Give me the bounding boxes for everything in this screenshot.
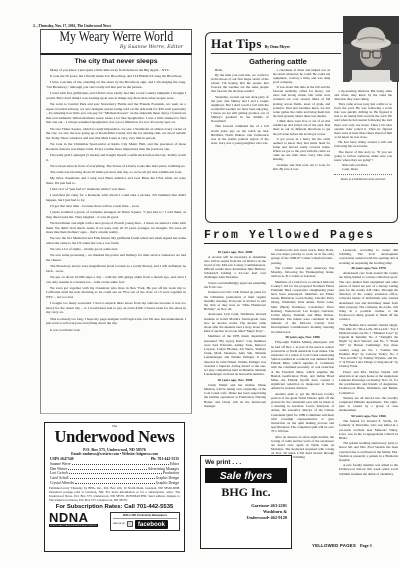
- ndna-logo: NDNA NORTH DAKOTA NEWSPAPER ASSOCIATION: [49, 512, 98, 527]
- paragraph: Members of a task force to advance McLea…: [271, 280, 334, 334]
- weary-werre-world-masthead: My Weary Werre World By Suanne Werre, Ed…: [40, 29, 192, 55]
- paragraph: Livestock, according to owner Jim Schill…: [339, 248, 398, 265]
- dotted-leader: [70, 478, 155, 479]
- paragraph: I think there were five or six of us tha…: [273, 119, 331, 135]
- yellowed-pages-col-1: 10 years ago, Nov. 2006A recount will be…: [204, 248, 266, 452]
- decade-heading: 10 years ago, Nov. 2006: [204, 250, 266, 254]
- paragraph: Pastor and Mrs. Marlyn Snyder will enter…: [339, 370, 398, 395]
- yellowed-pages-col-3: Livestock, according to owner Jim Schill…: [339, 248, 398, 540]
- paragraph: Grandpa and Dad rode out to look for him…: [273, 163, 331, 171]
- facebook-promo-box: BHG is ND Community Newspapers Like us o…: [110, 512, 180, 531]
- phone-number: Ph: 701-442-5535: [151, 457, 179, 461]
- paragraph: The Beatles have another charted single.…: [339, 323, 398, 369]
- paragraph: We had dinner one night with a nice grou…: [46, 221, 186, 235]
- paragraph: Another push to get the McLean County po…: [271, 392, 334, 434]
- paragraph: The Broadway shows were magnificent (Jos…: [46, 264, 186, 273]
- paragraph: We took in the Christmas Spectacular at …: [46, 142, 186, 151]
- paragraph: Auctioneer Lyle Laud, Washburn, showed s…: [204, 312, 266, 333]
- bhg-note: BHG is ND Community Newspapers: [113, 514, 177, 519]
- ad-intro: We print . . .: [205, 459, 287, 466]
- decade-heading: 40 years ago, Nov. 1976: [339, 266, 398, 270]
- paragraph: We took pictures in front of everything.…: [46, 164, 186, 169]
- paragraph: The moral of this story is, "If you are …: [334, 150, 392, 162]
- paragraph: They came across Gary just a mile or so …: [334, 102, 392, 139]
- folio-line: 2—Thursday, Nov. 17, 2016, The Underwood…: [33, 24, 111, 28]
- decade-heading: 30 years ago, Nov. 1986: [271, 335, 334, 339]
- hat-tips-headline: Gathering cattle: [219, 57, 337, 66]
- paragraph: Underwood Civic Club firmed up plans for…: [204, 290, 266, 311]
- jump-label: YELLOWED PAGES: [312, 543, 356, 548]
- paragraph: The funeral for Donald E. Wolfe, 19, for…: [339, 419, 398, 440]
- staff-row: Crystal AlbrechtGraphic Design: [50, 481, 179, 486]
- paragraph: Fifty-eight Falkirk Mining employees wil…: [271, 340, 334, 390]
- staff-role: Graphic Design: [156, 481, 179, 486]
- article-headline: The city that never sleeps: [46, 58, 186, 65]
- paragraph: Later, Dean: [334, 167, 392, 171]
- paragraph: The Comets' season gets underway this Mo…: [271, 266, 334, 279]
- continued-on-page-line: YELLOWED PAGES Page 3: [312, 543, 392, 548]
- facebook-logo: facebook: [135, 520, 168, 529]
- column-title: My Weary Werre World: [41, 30, 191, 45]
- paragraph: Hello,: [211, 68, 269, 72]
- decade-heading: 20 years ago, Nov. 1996: [204, 378, 266, 382]
- column-title-text: My Weary Werre World: [59, 30, 173, 45]
- hat-tips-header: Hat Tips By Dean Meyer: [211, 36, 341, 54]
- hat-tips-body: Hello,By the time you read this, we coul…: [211, 68, 392, 224]
- paragraph: A new faculty member was added to the Un…: [339, 463, 398, 476]
- hat-tips-title: Hat Tips: [211, 36, 262, 52]
- paragraph: This is already too long. I hope my page…: [46, 317, 186, 326]
- paragraph: The wind was blowing about 20 miles per …: [46, 170, 186, 175]
- usps-phone-row: USPS #647540 Ph: 701-442-5535: [50, 457, 179, 461]
- ad-product-banner: Sale flyers: [205, 468, 287, 483]
- paragraph: Cindy Weiler and her mother, Diane Madse…: [204, 383, 266, 408]
- paragraph: Underwood's new head coach, Mary Bolte, …: [271, 248, 334, 265]
- paragraph: My three classmates and I sang God Bless…: [46, 176, 186, 185]
- ad-contacts: Garrison• 463-2201Washburn &Underwood• 4…: [205, 503, 287, 522]
- facebook-row: Like us on facebook: [113, 520, 177, 529]
- paragraph: We even got together with my classmate w…: [46, 286, 186, 300]
- paragraph: We saw the 911 Memorial and Ellis Island…: [46, 236, 186, 245]
- paragraph: Yesterday, we had our last deck party of…: [211, 95, 269, 124]
- logo-row: NDNA NORTH DAKOTA NEWSPAPER ASSOCIATION …: [49, 512, 180, 531]
- hat-tips-col-1: Hello,By the time you read this, we coul…: [211, 68, 269, 224]
- hat-tips-col-2: a classmate of mine and helped out on th…: [273, 68, 331, 224]
- columnist-photo: [343, 16, 399, 82]
- paragraph: Many of you know I just spent a little t…: [46, 68, 186, 73]
- paragraph: He had been riding around a hill and fol…: [334, 140, 392, 148]
- paragraph: It got worse in a hurry but the cattle s…: [273, 137, 331, 162]
- newspaper-page: 2—Thursday, Nov. 17, 2016, The Underwood…: [0, 0, 400, 567]
- paragraph: I have a picture of me, standing on the …: [46, 80, 186, 89]
- paragraph: The golden wedding anniversary party to …: [339, 441, 398, 462]
- paragraph: I'm really glad I splurged (5 bucks) and…: [46, 153, 186, 162]
- like-icon: [127, 521, 133, 527]
- paragraph: We saw a lot of sights – mostly good, so…: [46, 247, 186, 252]
- columnist-note: Dean is a Dickinson area rancher: [334, 174, 392, 181]
- paragraph: It took me 50 years, but I finally made …: [46, 74, 186, 79]
- ndna-wordmark: NDNA: [49, 512, 98, 524]
- paragraph: I photo bombed a group of complete stran…: [46, 210, 186, 219]
- paragraph: It was worth the wait.: [46, 328, 186, 333]
- usps-number: USPS #647540: [50, 457, 74, 461]
- newspaper-contact: Email: undnews@westriv.com • Website: bt…: [49, 452, 180, 456]
- staff-name: Crystal Albrecht: [50, 481, 74, 486]
- paragraph: By the time you read this, we could be i…: [211, 73, 269, 94]
- paragraph: I went with five girlfriends, and I didn…: [46, 91, 186, 100]
- paragraph: A recount will be necessary to determine…: [204, 255, 266, 280]
- staff-list: Suanne WerreEditorDan WinterAdvertising …: [50, 462, 179, 485]
- newspaper-name: Underwood News: [49, 428, 180, 445]
- paragraph: This forecast reminded me of a fall stor…: [211, 124, 269, 145]
- like-us-label: Like us on: [113, 523, 125, 526]
- ndna-association-label: NORTH DAKOTA NEWSPAPER ASSOCIATION: [49, 524, 98, 527]
- paragraph: a rip-snorting blizzard. But being older…: [334, 89, 392, 101]
- jump-page: Page 3: [360, 543, 372, 548]
- print-services-ad: We print . . . Sale flyers BHG Inc. Garr…: [200, 455, 292, 549]
- dotted-leader: [72, 464, 169, 465]
- paragraph: Voters overwhelmingly approved extending…: [204, 281, 266, 289]
- dotted-leader: [75, 483, 154, 484]
- ad-company: BHG Inc.: [205, 485, 287, 500]
- article-body: Many of you know I just spent a little t…: [46, 68, 186, 332]
- weary-article: The city that never sleeps Many of you k…: [40, 55, 192, 414]
- paragraph: a classmate of mine and helped out on th…: [273, 68, 331, 84]
- masthead-info-box: The Underwood News P.O. Box 575, Underwo…: [44, 422, 185, 552]
- publishing-notice: Published every Thursday by BHG, Inc., P…: [49, 487, 180, 503]
- paragraph: Members of the UHS music department pres…: [204, 334, 266, 376]
- paragraph: Abandoned cars from around the county ar…: [339, 271, 398, 321]
- hat-tips-col-3: a rip-snorting blizzard. But being older…: [334, 68, 392, 224]
- paragraph: Tenants are all moved into the recently …: [339, 396, 398, 413]
- paragraph: We put on about 25,000 steps a day – wit…: [46, 275, 186, 284]
- dotted-leader: [68, 469, 146, 470]
- paragraph: Underwood• 462-9120: [205, 515, 287, 521]
- paragraph: We saw some protesting – we thanked the …: [46, 253, 186, 262]
- paragraph: I searched (in vain) for a Rockette with…: [46, 193, 186, 202]
- hat-tips-byline: By Dean Meyer: [265, 45, 290, 49]
- dotted-leader: [69, 473, 162, 474]
- yellowed-pages-header: From Yellowed Pages: [204, 229, 398, 244]
- decade-heading: 50 years ago, Nov. 1966: [339, 414, 398, 418]
- cowboy-portrait-image: [343, 16, 399, 82]
- paragraph: It was about this time in the fall and t…: [273, 85, 331, 118]
- paragraph: I had a lot of "just had to" moments whi…: [46, 187, 186, 192]
- paragraph: We saw Times Square, which is really imp…: [46, 127, 186, 141]
- paragraph: I bought too many souvenirs. I had to un…: [46, 301, 186, 315]
- paragraph: We went to Central Park and saw Strawber…: [46, 102, 186, 125]
- paragraph: I'll get that next time – because there …: [46, 204, 186, 209]
